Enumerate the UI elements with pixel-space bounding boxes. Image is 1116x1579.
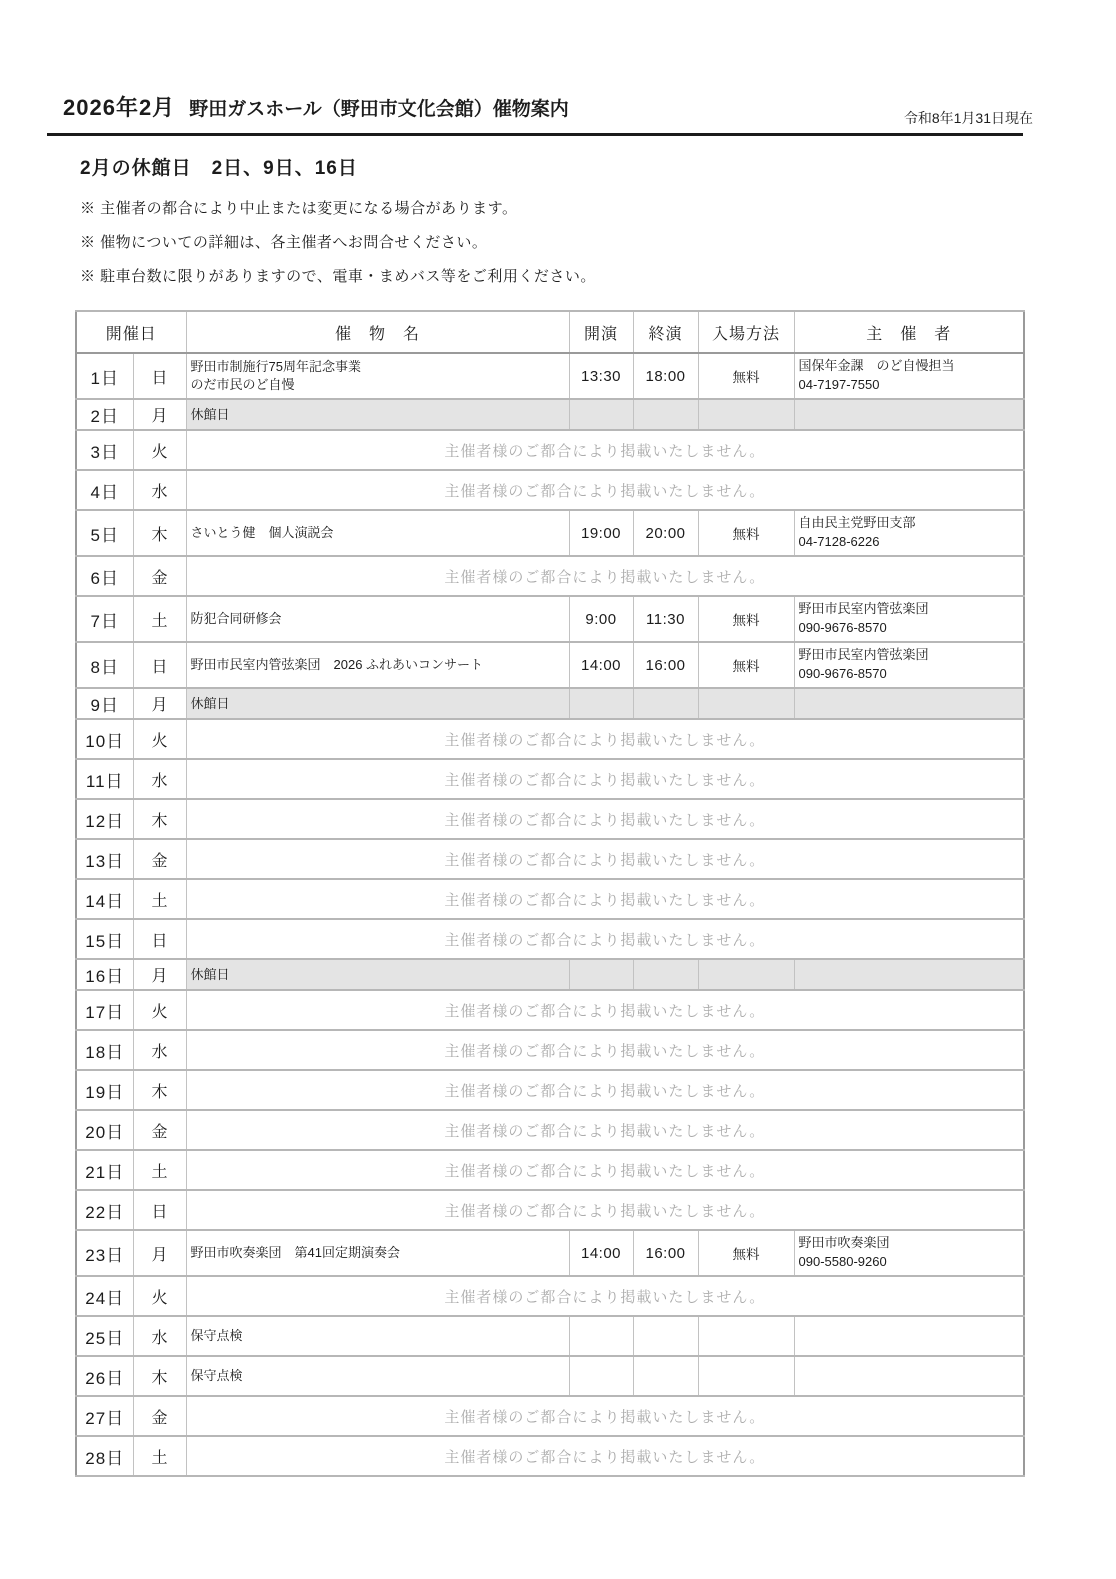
day-cell: 金 xyxy=(133,556,186,596)
end-time-cell: 20:00 xyxy=(633,510,698,556)
end-time-cell xyxy=(633,1356,698,1396)
organizer-cell xyxy=(794,399,1024,430)
start-time-cell: 14:00 xyxy=(569,1230,633,1276)
admission-cell xyxy=(698,399,794,430)
table-row: 14日土主催者様のご都合により掲載いたしません。 xyxy=(76,879,1024,919)
date-cell: 24日 xyxy=(76,1276,133,1316)
end-time-cell xyxy=(633,959,698,990)
table-row: 18日水主催者様のご都合により掲載いたしません。 xyxy=(76,1030,1024,1070)
admission-cell: 無料 xyxy=(698,353,794,399)
table-row: 28日土主催者様のご都合により掲載いたしません。 xyxy=(76,1436,1024,1476)
not-listed-cell: 主催者様のご都合により掲載いたしません。 xyxy=(186,1190,1024,1230)
table-row: 6日金主催者様のご都合により掲載いたしません。 xyxy=(76,556,1024,596)
title-month: 2026年2月 xyxy=(63,95,175,120)
organizer-cell xyxy=(794,1356,1024,1396)
date-cell: 22日 xyxy=(76,1190,133,1230)
day-cell: 木 xyxy=(133,799,186,839)
start-time-cell: 14:00 xyxy=(569,642,633,688)
admission-cell: 無料 xyxy=(698,642,794,688)
date-cell: 25日 xyxy=(76,1316,133,1356)
date-cell: 20日 xyxy=(76,1110,133,1150)
start-time-cell xyxy=(569,959,633,990)
day-cell: 月 xyxy=(133,399,186,430)
start-time-cell xyxy=(569,1316,633,1356)
title-main: 野田ガスホール（野田市文化会館）催物案内 xyxy=(189,99,569,120)
page-header: 2026年2月野田ガスホール（野田市文化会館）催物案内 令和8年1月31日現在 xyxy=(47,86,1023,136)
table-row: 7日土防犯合同研修会9:0011:30無料野田市民室内管弦楽団090-9676-… xyxy=(76,596,1024,642)
table-row: 27日金主催者様のご都合により掲載いたしません。 xyxy=(76,1396,1024,1436)
date-cell: 5日 xyxy=(76,510,133,556)
page-title: 2026年2月野田ガスホール（野田市文化会館）催物案内 xyxy=(63,86,1023,123)
not-listed-cell: 主催者様のご都合により掲載いたしません。 xyxy=(186,1070,1024,1110)
day-cell: 土 xyxy=(133,879,186,919)
start-time-cell: 13:30 xyxy=(569,353,633,399)
table-row: 24日火主催者様のご都合により掲載いたしません。 xyxy=(76,1276,1024,1316)
day-cell: 日 xyxy=(133,642,186,688)
table-row: 21日土主催者様のご都合により掲載いたしません。 xyxy=(76,1150,1024,1190)
date-cell: 28日 xyxy=(76,1436,133,1476)
table-row: 3日火主催者様のご都合により掲載いたしません。 xyxy=(76,430,1024,470)
day-cell: 木 xyxy=(133,1070,186,1110)
event-name-cell: さいとう健 個人演説会 xyxy=(186,510,569,556)
date-cell: 19日 xyxy=(76,1070,133,1110)
date-cell: 9日 xyxy=(76,688,133,719)
day-cell: 火 xyxy=(133,990,186,1030)
event-name-cell: 休館日 xyxy=(186,959,569,990)
admission-cell xyxy=(698,1316,794,1356)
day-cell: 木 xyxy=(133,510,186,556)
date-cell: 1日 xyxy=(76,353,133,399)
end-time-cell: 16:00 xyxy=(633,1230,698,1276)
date-cell: 16日 xyxy=(76,959,133,990)
date-cell: 3日 xyxy=(76,430,133,470)
day-cell: 日 xyxy=(133,1190,186,1230)
table-row: 17日火主催者様のご都合により掲載いたしません。 xyxy=(76,990,1024,1030)
date-cell: 13日 xyxy=(76,839,133,879)
day-cell: 日 xyxy=(133,353,186,399)
date-cell: 6日 xyxy=(76,556,133,596)
table-row: 8日日野田市民室内管弦楽団 2026 ふれあいコンサート14:0016:00無料… xyxy=(76,642,1024,688)
day-cell: 水 xyxy=(133,1316,186,1356)
start-time-cell xyxy=(569,399,633,430)
day-cell: 水 xyxy=(133,470,186,510)
table-row: 26日木保守点検 xyxy=(76,1356,1024,1396)
header-organizer: 主 催 者 xyxy=(794,311,1024,353)
not-listed-cell: 主催者様のご都合により掲載いたしません。 xyxy=(186,1150,1024,1190)
day-cell: 月 xyxy=(133,959,186,990)
day-cell: 金 xyxy=(133,1110,186,1150)
end-time-cell: 11:30 xyxy=(633,596,698,642)
admission-cell: 無料 xyxy=(698,1230,794,1276)
not-listed-cell: 主催者様のご都合により掲載いたしません。 xyxy=(186,1030,1024,1070)
date-cell: 7日 xyxy=(76,596,133,642)
table-row: 9日月休館日 xyxy=(76,688,1024,719)
date-cell: 14日 xyxy=(76,879,133,919)
organizer-cell: 野田市吹奏楽団090-5580-9260 xyxy=(794,1230,1024,1276)
start-time-cell xyxy=(569,688,633,719)
date-cell: 2日 xyxy=(76,399,133,430)
not-listed-cell: 主催者様のご都合により掲載いたしません。 xyxy=(186,799,1024,839)
table-row: 15日日主催者様のご都合により掲載いたしません。 xyxy=(76,919,1024,959)
as-of-date: 令和8年1月31日現在 xyxy=(904,108,1033,128)
header-event-name: 催 物 名 xyxy=(186,311,569,353)
day-cell: 土 xyxy=(133,1436,186,1476)
organizer-cell: 野田市民室内管弦楽団090-9676-8570 xyxy=(794,642,1024,688)
day-cell: 金 xyxy=(133,839,186,879)
not-listed-cell: 主催者様のご都合により掲載いたしません。 xyxy=(186,470,1024,510)
table-row: 5日木さいとう健 個人演説会19:0020:00無料自由民主党野田支部04-71… xyxy=(76,510,1024,556)
organizer-cell: 自由民主党野田支部04-7128-6226 xyxy=(794,510,1024,556)
table-row: 25日水保守点検 xyxy=(76,1316,1024,1356)
day-cell: 木 xyxy=(133,1356,186,1396)
date-cell: 8日 xyxy=(76,642,133,688)
admission-cell xyxy=(698,1356,794,1396)
notice-item: ※ 催物についての詳細は、各主催者へお問合せください。 xyxy=(80,231,1116,252)
day-cell: 土 xyxy=(133,596,186,642)
table-row: 2日月休館日 xyxy=(76,399,1024,430)
not-listed-cell: 主催者様のご都合により掲載いたしません。 xyxy=(186,839,1024,879)
organizer-cell xyxy=(794,959,1024,990)
table-row: 19日木主催者様のご都合により掲載いたしません。 xyxy=(76,1070,1024,1110)
start-time-cell: 9:00 xyxy=(569,596,633,642)
notice-list: ※ 主催者の都合により中止または変更になる場合があります。 ※ 催物についての詳… xyxy=(80,197,1116,286)
table-row: 13日金主催者様のご都合により掲載いたしません。 xyxy=(76,839,1024,879)
not-listed-cell: 主催者様のご都合により掲載いたしません。 xyxy=(186,1276,1024,1316)
end-time-cell xyxy=(633,1316,698,1356)
organizer-cell xyxy=(794,1316,1024,1356)
header-end-time: 終演 xyxy=(633,311,698,353)
header-admission: 入場方法 xyxy=(698,311,794,353)
table-row: 11日水主催者様のご都合により掲載いたしません。 xyxy=(76,759,1024,799)
schedule-table-body: 1日日野田市制施行75周年記念事業のだ市民のど自慢13:3018:00無料国保年… xyxy=(76,353,1024,1476)
date-cell: 18日 xyxy=(76,1030,133,1070)
event-name-cell: 休館日 xyxy=(186,399,569,430)
not-listed-cell: 主催者様のご都合により掲載いたしません。 xyxy=(186,919,1024,959)
organizer-cell xyxy=(794,688,1024,719)
start-time-cell xyxy=(569,1356,633,1396)
date-cell: 27日 xyxy=(76,1396,133,1436)
day-cell: 火 xyxy=(133,430,186,470)
day-cell: 日 xyxy=(133,919,186,959)
admission-cell xyxy=(698,688,794,719)
header-start-time: 開演 xyxy=(569,311,633,353)
schedule-table: 開催日 催 物 名 開演 終演 入場方法 主 催 者 1日日野田市制施行75周年… xyxy=(75,310,1025,1477)
end-time-cell: 18:00 xyxy=(633,353,698,399)
closed-days-note: 2月の休館日 2日、9日、16日 xyxy=(80,153,1116,180)
admission-cell xyxy=(698,959,794,990)
date-cell: 17日 xyxy=(76,990,133,1030)
organizer-cell: 国保年金課 のど自慢担当04-7197-7550 xyxy=(794,353,1024,399)
table-row: 20日金主催者様のご都合により掲載いたしません。 xyxy=(76,1110,1024,1150)
date-cell: 26日 xyxy=(76,1356,133,1396)
admission-cell: 無料 xyxy=(698,510,794,556)
admission-cell: 無料 xyxy=(698,596,794,642)
date-cell: 12日 xyxy=(76,799,133,839)
end-time-cell xyxy=(633,688,698,719)
date-cell: 15日 xyxy=(76,919,133,959)
day-cell: 火 xyxy=(133,719,186,759)
table-row: 12日木主催者様のご都合により掲載いたしません。 xyxy=(76,799,1024,839)
not-listed-cell: 主催者様のご都合により掲載いたしません。 xyxy=(186,879,1024,919)
notice-item: ※ 駐車台数に限りがありますので、電車・まめバス等をご利用ください。 xyxy=(80,265,1116,286)
date-cell: 21日 xyxy=(76,1150,133,1190)
not-listed-cell: 主催者様のご都合により掲載いたしません。 xyxy=(186,1436,1024,1476)
event-name-cell: 休館日 xyxy=(186,688,569,719)
day-cell: 火 xyxy=(133,1276,186,1316)
event-name-cell: 野田市吹奏楽団 第41回定期演奏会 xyxy=(186,1230,569,1276)
event-name-cell: 保守点検 xyxy=(186,1316,569,1356)
date-cell: 11日 xyxy=(76,759,133,799)
not-listed-cell: 主催者様のご都合により掲載いたしません。 xyxy=(186,759,1024,799)
table-row: 16日月休館日 xyxy=(76,959,1024,990)
table-row: 23日月野田市吹奏楽団 第41回定期演奏会14:0016:00無料野田市吹奏楽団… xyxy=(76,1230,1024,1276)
header-date: 開催日 xyxy=(76,311,186,353)
not-listed-cell: 主催者様のご都合により掲載いたしません。 xyxy=(186,719,1024,759)
event-name-cell: 防犯合同研修会 xyxy=(186,596,569,642)
event-name-cell: 野田市制施行75周年記念事業のだ市民のど自慢 xyxy=(186,353,569,399)
day-cell: 水 xyxy=(133,759,186,799)
date-cell: 23日 xyxy=(76,1230,133,1276)
event-name-cell: 保守点検 xyxy=(186,1356,569,1396)
table-row: 22日日主催者様のご都合により掲載いたしません。 xyxy=(76,1190,1024,1230)
day-cell: 土 xyxy=(133,1150,186,1190)
end-time-cell: 16:00 xyxy=(633,642,698,688)
table-row: 1日日野田市制施行75周年記念事業のだ市民のど自慢13:3018:00無料国保年… xyxy=(76,353,1024,399)
table-row: 10日火主催者様のご都合により掲載いたしません。 xyxy=(76,719,1024,759)
not-listed-cell: 主催者様のご都合により掲載いたしません。 xyxy=(186,1110,1024,1150)
not-listed-cell: 主催者様のご都合により掲載いたしません。 xyxy=(186,990,1024,1030)
date-cell: 10日 xyxy=(76,719,133,759)
day-cell: 月 xyxy=(133,688,186,719)
schedule-table-wrap: 開催日 催 物 名 開演 終演 入場方法 主 催 者 1日日野田市制施行75周年… xyxy=(0,310,1116,1477)
event-name-cell: 野田市民室内管弦楽団 2026 ふれあいコンサート xyxy=(186,642,569,688)
not-listed-cell: 主催者様のご都合により掲載いたしません。 xyxy=(186,1396,1024,1436)
start-time-cell: 19:00 xyxy=(569,510,633,556)
not-listed-cell: 主催者様のご都合により掲載いたしません。 xyxy=(186,556,1024,596)
day-cell: 水 xyxy=(133,1030,186,1070)
table-header-row: 開催日 催 物 名 開演 終演 入場方法 主 催 者 xyxy=(76,311,1024,353)
date-cell: 4日 xyxy=(76,470,133,510)
day-cell: 月 xyxy=(133,1230,186,1276)
notice-item: ※ 主催者の都合により中止または変更になる場合があります。 xyxy=(80,197,1116,218)
day-cell: 金 xyxy=(133,1396,186,1436)
table-row: 4日水主催者様のご都合により掲載いたしません。 xyxy=(76,470,1024,510)
end-time-cell xyxy=(633,399,698,430)
not-listed-cell: 主催者様のご都合により掲載いたしません。 xyxy=(186,430,1024,470)
organizer-cell: 野田市民室内管弦楽団090-9676-8570 xyxy=(794,596,1024,642)
